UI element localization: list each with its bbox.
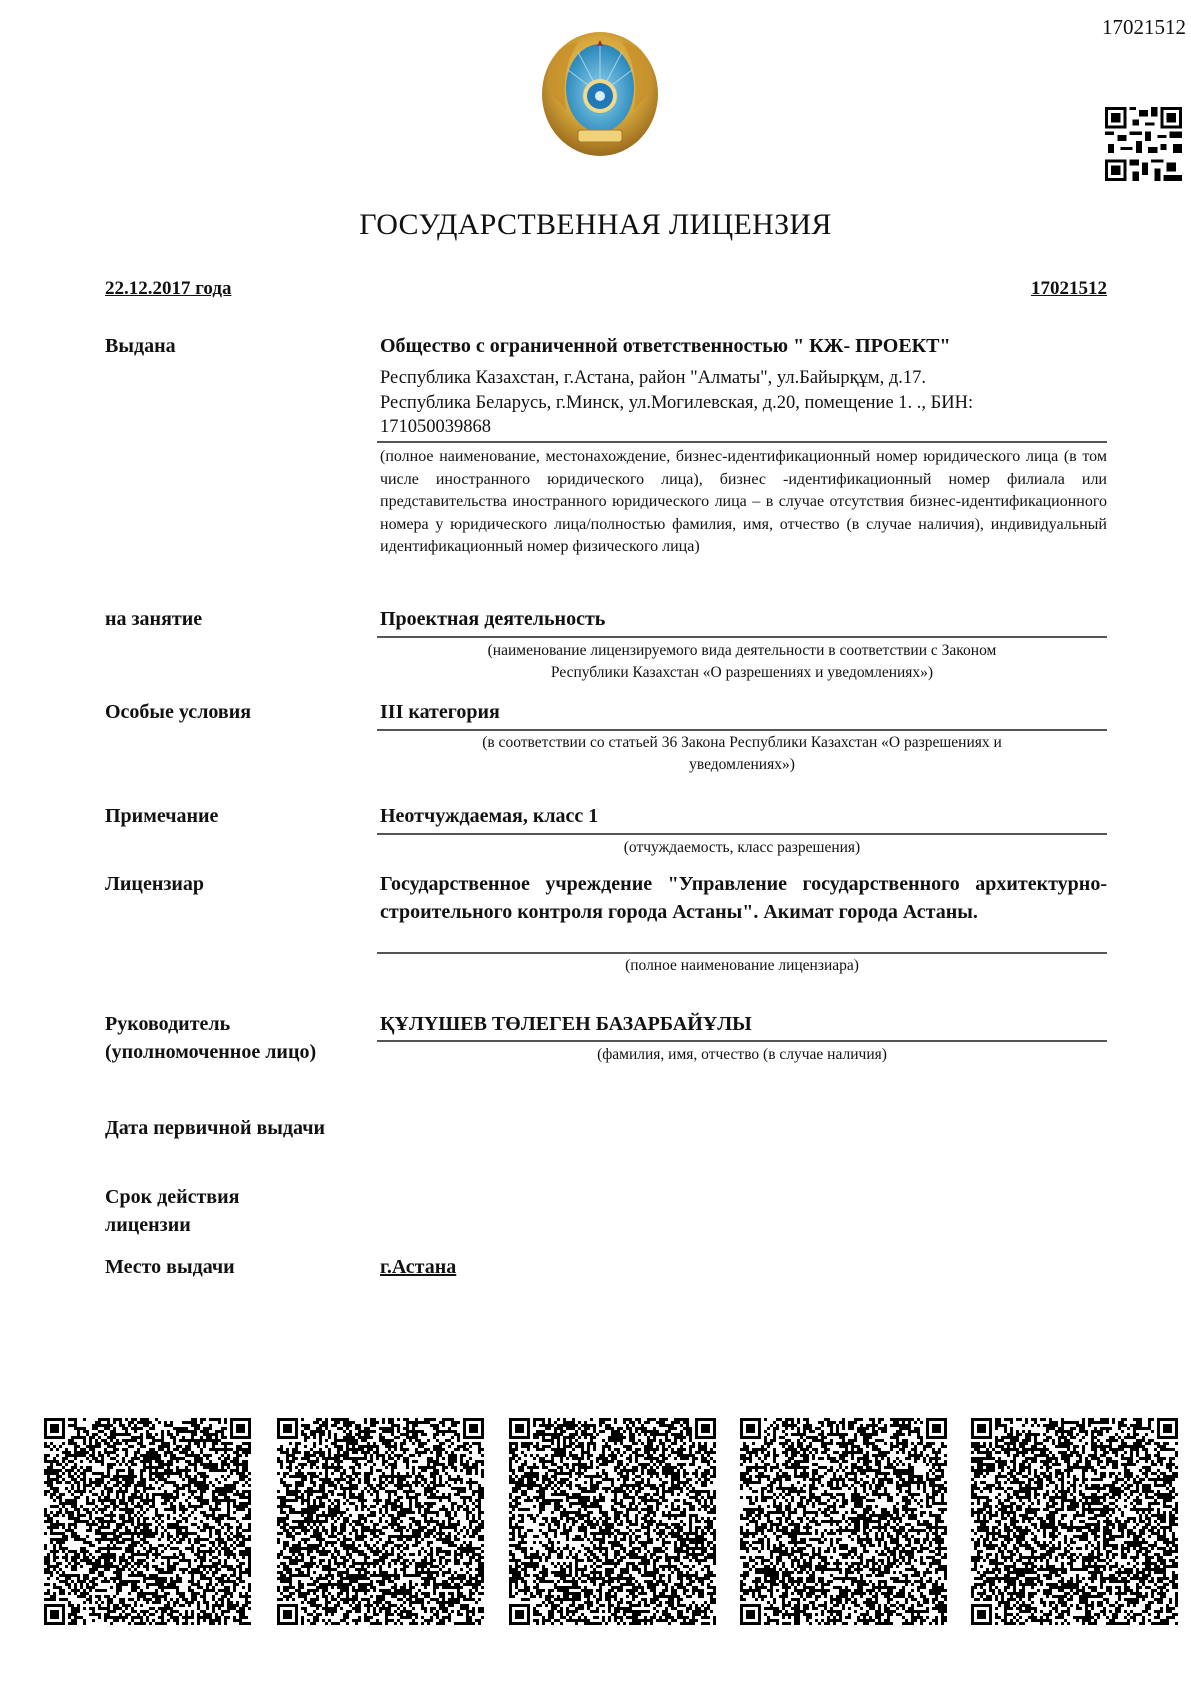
issue-date: 22.12.2017 года [105, 278, 231, 300]
qr-code-2 [277, 1418, 484, 1625]
qr-code-icon [1105, 107, 1182, 181]
license-number: 17021512 [1031, 278, 1107, 300]
place-of-issue-value: г.Астана [380, 1253, 1107, 1281]
validity-label-line2: лицензии [105, 1211, 191, 1239]
special-conditions-label: Особые условия [105, 698, 251, 726]
licensor-hint: (полное наименование лицензиара) [377, 955, 1107, 977]
head-label-line2: (уполномоченное лицо) [105, 1038, 316, 1066]
page-title: ГОСУДАРСТВЕННАЯ ЛИЦЕНЗИЯ [0, 208, 1191, 242]
divider [377, 833, 1107, 835]
special-conditions-hint-line1: (в соответствии со статьей 36 Закона Рес… [377, 732, 1107, 754]
issued-to-value: Общество с ограниченной ответственностью… [380, 332, 1107, 360]
note-hint: (отчуждаемость, класс разрешения) [377, 837, 1107, 859]
note-label: Примечание [105, 802, 218, 830]
divider [377, 1040, 1107, 1042]
qr-code-4 [740, 1418, 947, 1625]
corner-document-number: 17021512 [1102, 15, 1186, 40]
special-conditions-hint-line2: уведомлениях») [377, 754, 1107, 776]
qr-code-1 [44, 1418, 251, 1625]
qr-code-3 [509, 1418, 716, 1625]
head-label-line1: Руководитель [105, 1010, 230, 1038]
issued-to-label: Выдана [105, 332, 176, 360]
activity-label: на занятие [105, 605, 202, 633]
licensor-label: Лицензиар [105, 870, 204, 898]
head-value: ҚҰЛҮШЕВ ТӨЛЕГЕН БАЗАРБАЙҰЛЫ [380, 1010, 1107, 1038]
licensor-value: Государственное учреждение "Управление г… [380, 870, 1107, 926]
place-of-issue-label: Место выдачи [105, 1253, 235, 1281]
issued-to-address-line2: Республика Беларусь, г.Минск, ул.Могилев… [380, 391, 1107, 415]
divider [377, 729, 1107, 731]
issued-to-hint: (полное наименование, местонахождение, б… [380, 446, 1107, 559]
qr-code-5 [971, 1418, 1178, 1625]
divider [377, 952, 1107, 954]
first-issue-date-label: Дата первичной выдачи [105, 1114, 325, 1142]
issued-to-bin: 171050039868 [380, 415, 1107, 439]
validity-label-line1: Срок действия [105, 1183, 239, 1211]
issued-to-address-line1: Республика Казахстан, г.Астана, район "А… [380, 366, 1107, 390]
activity-hint-line2: Республики Казахстан «О разрешениях и ув… [377, 662, 1107, 684]
divider [377, 441, 1107, 443]
activity-hint-line1: (наименование лицензируемого вида деятел… [377, 640, 1107, 662]
head-hint: (фамилия, имя, отчество (в случае наличи… [377, 1044, 1107, 1066]
divider [377, 636, 1107, 638]
note-value: Неотчуждаемая, класс 1 [380, 802, 1107, 830]
state-emblem-icon [538, 30, 662, 158]
special-conditions-value: III категория [380, 698, 1107, 726]
activity-value: Проектная деятельность [380, 605, 1107, 633]
